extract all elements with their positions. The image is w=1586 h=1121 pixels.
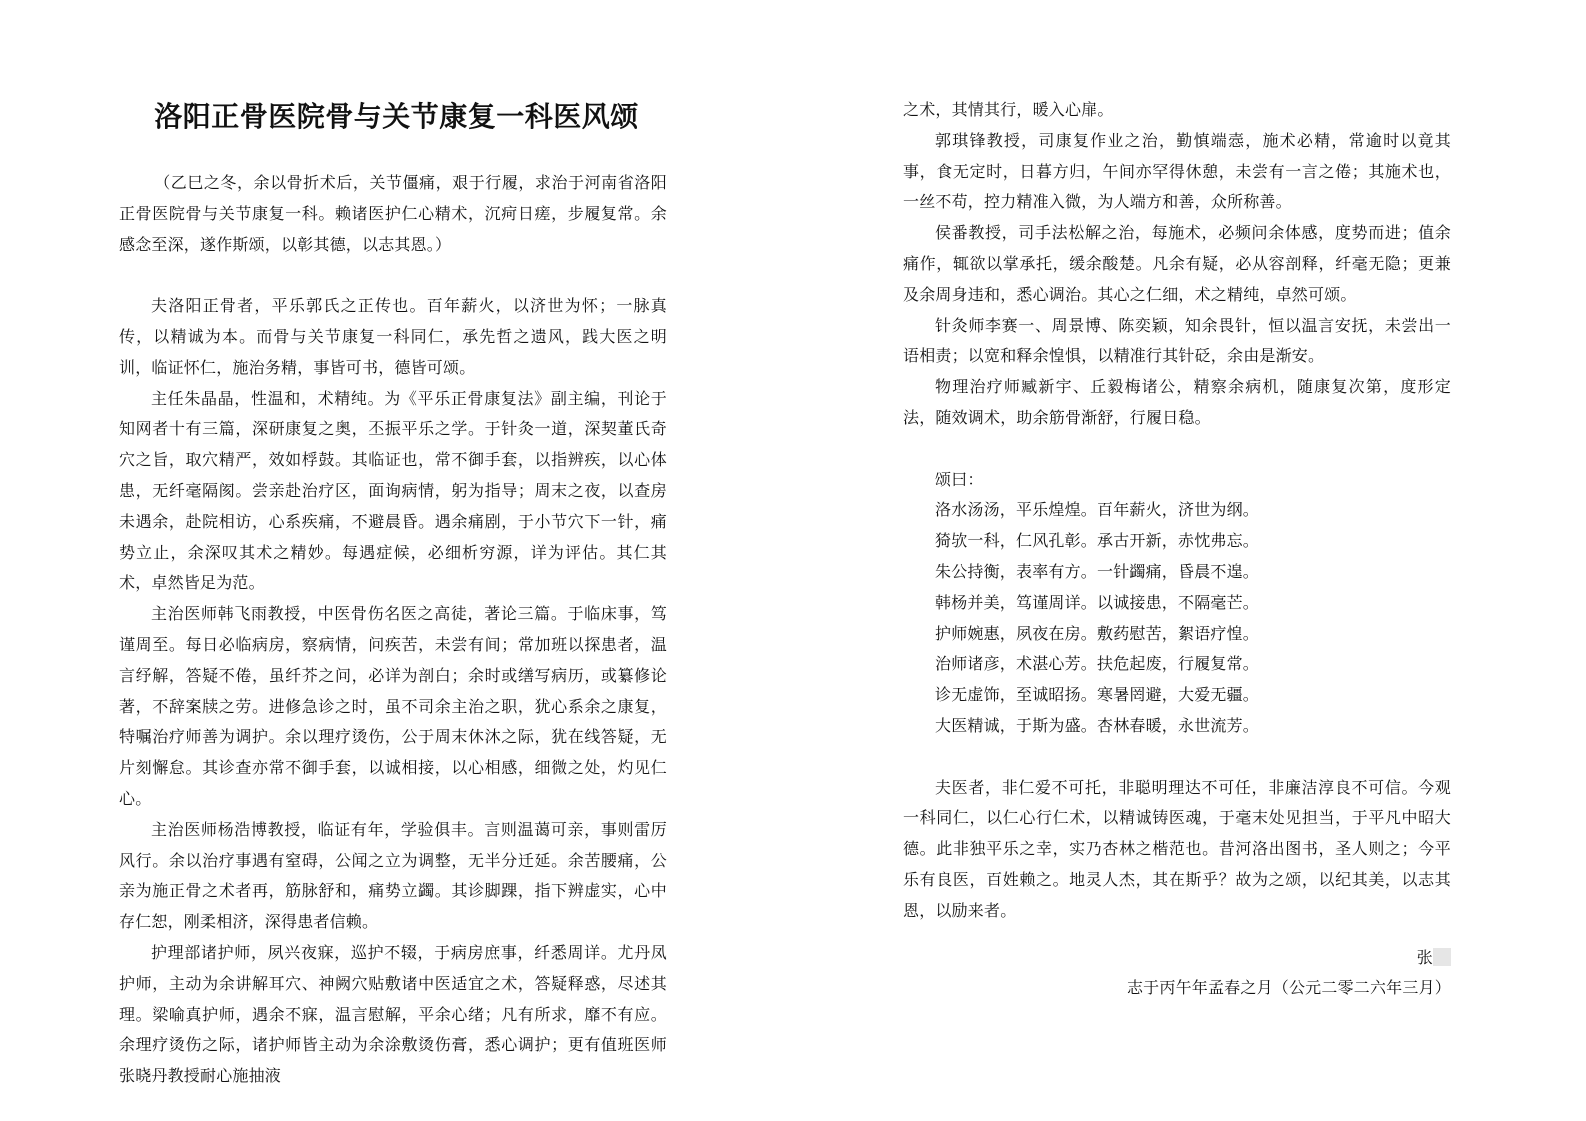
document-title: 洛阳正骨医院骨与关节康复一科医风颂 [0, 95, 793, 135]
poem-heading: 颂曰： [903, 465, 1451, 496]
paragraph-nurses-continued: 之术，其情其行，暖入心扉。 [903, 95, 1451, 126]
paragraph-conclusion: 夫医者，非仁爱不可托，非聪明理达不可任，非廉洁淳良不可信。今观一科同仁，以仁心行… [903, 773, 1451, 927]
poem-line: 朱公持衡，表率有方。一针蠲痛，昏晨不遑。 [903, 557, 1451, 588]
left-column: （乙巳之冬，余以骨折术后，关节僵痛，艰于行履，求治于河南省洛阳正骨医院骨与关节康… [119, 168, 667, 1092]
poem-line: 大医精诚，于斯为盛。杏林春暖，永世流芳。 [903, 711, 1451, 742]
redaction-box [1433, 948, 1451, 966]
signature-name: 张 [1417, 948, 1433, 967]
poem: 洛水汤汤，平乐煌煌。百年薪火，济世为纲。 猗欤一科，仁风孔彰。承古开新，赤忱弗忘… [903, 495, 1451, 741]
paragraph-director-zhu: 主任朱晶晶，性温和，术精纯。为《平乐正骨康复法》副主编，刊论于知网者十有三篇，深… [119, 384, 667, 600]
poem-line: 诊无虚饰，至诚昭扬。寒暑罔避，大爱无疆。 [903, 680, 1451, 711]
signature-date: 志于丙午年孟春之月（公元二零二六年三月） [903, 973, 1451, 1004]
right-column: 之术，其情其行，暖入心扉。 郭琪锋教授，司康复作业之治，勤慎端悫，施术必精，常逾… [903, 95, 1451, 1004]
paragraph-physiotherapists: 物理治疗师臧新宇、丘毅梅诸公，精察余病机，随康复次第，度形定法，随效调术，助余筋… [903, 372, 1451, 434]
preface: （乙巳之冬，余以骨折术后，关节僵痛，艰于行履，求治于河南省洛阳正骨医院骨与关节康… [119, 168, 667, 260]
right-page: 之术，其情其行，暖入心扉。 郭琪锋教授，司康复作业之治，勤慎端悫，施术必精，常逾… [793, 0, 1586, 1121]
poem-line: 洛水汤汤，平乐煌煌。百年薪火，济世为纲。 [903, 495, 1451, 526]
signature: 张 [903, 943, 1451, 974]
poem-line: 韩杨并美，笃谨周详。以诚接患，不隔毫芒。 [903, 588, 1451, 619]
poem-line: 护师婉惠，夙夜在房。敷药慰苦，絮语疗惶。 [903, 619, 1451, 650]
paragraph-lineage: 夫洛阳正骨者，平乐郭氏之正传也。百年薪火，以济世为怀；一脉真传，以精诚为本。而骨… [119, 291, 667, 383]
paragraph-acupuncturists: 针灸师李赛一、周景博、陈奕颖，知余畏针，恒以温言安抚，未尝出一语相责；以宽和释余… [903, 311, 1451, 373]
paragraph-prof-guo: 郭琪锋教授，司康复作业之治，勤慎端悫，施术必精，常逾时以竟其事，食无定时，日暮方… [903, 126, 1451, 218]
paragraph-dr-han: 主治医师韩飞雨教授，中医骨伤名医之高徒，著论三篇。于临床事，笃谨周至。每日必临病… [119, 599, 667, 815]
poem-line: 治师诸彦，术湛心芳。扶危起废，行履复常。 [903, 649, 1451, 680]
paragraph-dr-yang: 主治医师杨浩博教授，临证有年，学验俱丰。言则温蔼可亲，事则雷厉风行。余以治疗事遇… [119, 815, 667, 938]
paragraph-prof-hou: 侯番教授，司手法松解之治，每施术，必频问余体感，度势而进；值余痛作，辄欲以掌承托… [903, 218, 1451, 310]
left-page: 洛阳正骨医院骨与关节康复一科医风颂 （乙巳之冬，余以骨折术后，关节僵痛，艰于行履… [0, 0, 793, 1121]
paragraph-nurses: 护理部诸护师，夙兴夜寐，巡护不辍，于病房庶事，纤悉周详。尤丹凤护师，主动为余讲解… [119, 938, 667, 1092]
poem-line: 猗欤一科，仁风孔彰。承古开新，赤忱弗忘。 [903, 526, 1451, 557]
